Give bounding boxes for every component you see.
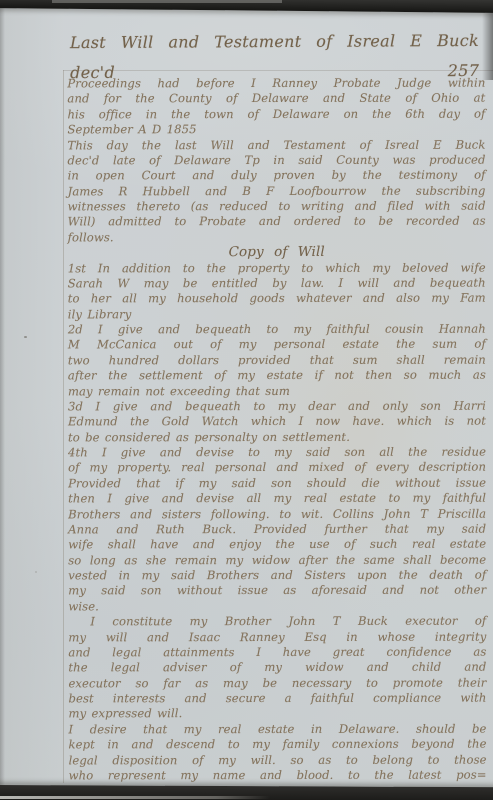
handwritten-line: legal disposition of my will. so as to b… — [69, 752, 487, 768]
handwritten-line: Brothers and sisters following. to wit. … — [68, 506, 486, 522]
left-margin-column — [0, 8, 63, 784]
handwritten-line: M McCanica out of my personal estate the… — [68, 337, 486, 353]
handwritten-line: executor so far as may be necessary to p… — [68, 675, 486, 691]
handwritten-line: witnesses thereto (as reduced to writing… — [68, 199, 486, 215]
handwritten-line: 3d I give and bequeath to my dear and on… — [68, 399, 486, 415]
handwritten-line: Proceedings had before I Ranney Probate … — [67, 76, 485, 92]
handwritten-line: wife shall have and enjoy the use of suc… — [68, 537, 486, 553]
margin-rule-line — [63, 70, 64, 783]
handwritten-line: September A D 1855 — [67, 122, 485, 138]
handwritten-line: Sarah W may be entitled by law. I will a… — [68, 276, 486, 292]
handwritten-line: Will) admitted to Probate and ordered to… — [68, 214, 486, 230]
ink-speck — [24, 336, 27, 338]
handwritten-line: so long as she remain my widow after the… — [68, 552, 486, 568]
page-title: Last Will and Testament of Isreal E Buck… — [70, 26, 479, 60]
handwritten-line: my expressed will. — [68, 706, 486, 722]
handwritten-line: then I give and devise all my real estat… — [68, 491, 486, 507]
handwritten-line: his office in the town of Delaware on th… — [67, 106, 485, 122]
handwritten-line: James R Hubbell and B F Loofbourrow the … — [68, 183, 486, 199]
handwritten-line: 2d I give and bequeath to my faithful co… — [68, 322, 486, 338]
handwritten-line: I desire that my real estate in Delaware… — [69, 721, 487, 737]
photo-bottom-highlight — [0, 796, 270, 799]
handwritten-line: two hundred dollars provided that sum sh… — [68, 352, 486, 368]
handwritten-line: Anna and Ruth Buck. Provided further tha… — [68, 522, 486, 538]
scanned-page: Last Will and Testament of Isreal E Buck… — [0, 0, 493, 800]
handwritten-line: and legal attainments I have great confi… — [68, 645, 486, 661]
handwritten-line: my said son without issue as aforesaid a… — [68, 583, 486, 599]
handwritten-line: in open Court and duly proven by the tes… — [68, 168, 486, 184]
handwritten-line: I constitute my Brother John T Buck exec… — [68, 614, 486, 630]
handwritten-line: ily Library — [68, 306, 486, 322]
document-body: Proceedings had before I Ranney Probate … — [67, 76, 486, 784]
handwritten-line: the legal adviser of my widow and child … — [68, 660, 486, 676]
handwritten-line: 4th I give and devise to my said son all… — [68, 445, 486, 461]
handwritten-line: kept in and descend to my family connexi… — [69, 737, 487, 753]
handwritten-line: follows. — [68, 229, 486, 245]
handwritten-line: to be considered as personalty on settle… — [68, 429, 486, 445]
handwritten-line: Edmund the Gold Watch which I now have. … — [68, 414, 486, 430]
handwritten-line: may remain not exceeding that sum — [68, 383, 486, 399]
handwritten-line: dec'd late of Delaware Tp in said County… — [68, 153, 486, 169]
handwritten-line: wise. — [68, 598, 486, 614]
handwritten-line: to her all my household goods whatever a… — [68, 291, 486, 307]
handwritten-line: 1st In addition to the property to which… — [68, 260, 486, 276]
handwritten-line: This day the last Will and Testament of … — [67, 137, 485, 153]
handwritten-line: my will and Isaac Ranney Esq in whose in… — [68, 629, 486, 645]
handwritten-line: best interests and secure a faithful com… — [68, 691, 486, 707]
handwritten-line: Provided that if my said son should die … — [68, 475, 486, 491]
handwritten-line: and for the County of Delaware and State… — [67, 91, 485, 107]
handwritten-line: of my property. real personal and mixed … — [68, 460, 486, 476]
ink-speck — [35, 571, 37, 573]
handwritten-line: after the settlement of my estate if not… — [68, 368, 486, 384]
left-edge-shadow — [0, 0, 5, 800]
photo-top-highlight — [52, 0, 282, 3]
handwritten-line: vested in my said Brothers and Sisters u… — [68, 568, 486, 584]
handwritten-line: who represent my name and blood. to the … — [69, 768, 487, 784]
section-heading: Copy of Will — [68, 245, 486, 261]
